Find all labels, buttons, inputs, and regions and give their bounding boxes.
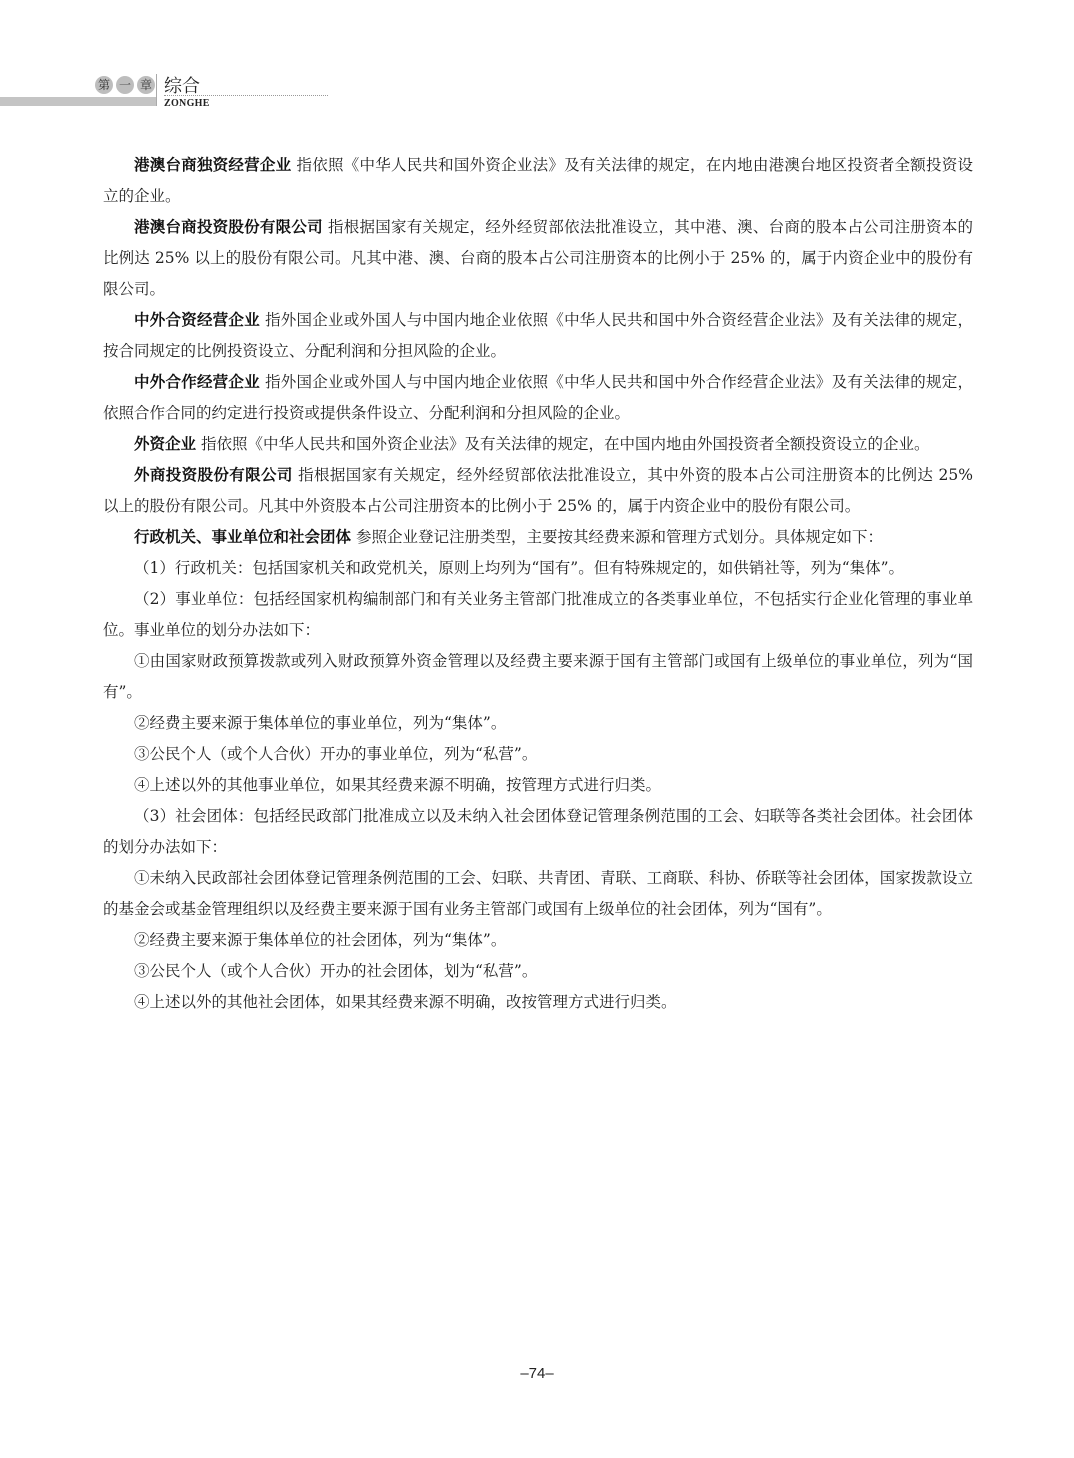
paragraph-text: ②经费主要来源于集体单位的事业单位，列为“集体”。 <box>134 714 506 732</box>
paragraph-text: ④上述以外的其他事业单位，如果其经费来源不明确，按管理方式进行归类。 <box>134 776 661 794</box>
definition-paragraph: 中外合资经营企业 指外国企业或外国人与中国内地企业依照《中华人民共和国中外合资经… <box>103 305 973 367</box>
paragraph-text: ②经费主要来源于集体单位的社会团体，列为“集体”。 <box>134 931 506 949</box>
definition-paragraph: 港澳台商独资经营企业 指依照《中华人民共和国外资企业法》及有关法律的规定，在内地… <box>103 150 973 212</box>
definition-paragraph: 行政机关、事业单位和社会团体 参照企业登记注册类型，主要按其经费来源和管理方式划… <box>103 522 973 553</box>
definition: 参照企业登记注册类型，主要按其经费来源和管理方式划分。具体规定如下： <box>351 528 883 546</box>
list-paragraph: ②经费主要来源于集体单位的社会团体，列为“集体”。 <box>103 925 973 956</box>
term: 外资企业 <box>134 435 196 453</box>
chapter-header: 第 一 章 综合 ZONGHE <box>0 70 1074 110</box>
chapter-label: 第 一 章 <box>95 76 155 94</box>
body-text: 港澳台商独资经营企业 指依照《中华人民共和国外资企业法》及有关法律的规定，在内地… <box>103 150 973 1018</box>
list-paragraph: （2）事业单位：包括经国家机构编制部门和有关业务主管部门批准成立的各类事业单位，… <box>103 584 973 646</box>
page-number: –74– <box>0 1365 1074 1382</box>
definition-paragraph: 中外合作经营企业 指外国企业或外国人与中国内地企业依照《中华人民共和国中外合作经… <box>103 367 973 429</box>
paragraph-text: ①由国家财政预算拨款或列入财政预算外资金管理以及经费主要来源于国有主管部门或国有… <box>103 652 973 701</box>
definition-paragraph: 外商投资股份有限公司 指根据国家有关规定，经外经贸部依法批准设立，其中外资的股本… <box>103 460 973 522</box>
definition-paragraph: 外资企业 指依照《中华人民共和国外资企业法》及有关法律的规定，在中国内地由外国投… <box>103 429 973 460</box>
list-paragraph: ③公民个人（或个人合伙）开办的社会团体，划为“私营”。 <box>103 956 973 987</box>
term: 外商投资股份有限公司 <box>134 466 293 484</box>
paragraph-text: ④上述以外的其他社会团体，如果其经费来源不明确，改按管理方式进行归类。 <box>134 993 677 1011</box>
list-paragraph: ④上述以外的其他事业单位，如果其经费来源不明确，按管理方式进行归类。 <box>103 770 973 801</box>
chapter-char-badge: 一 <box>116 76 134 94</box>
list-paragraph: ①由国家财政预算拨款或列入财政预算外资金管理以及经费主要来源于国有主管部门或国有… <box>103 646 973 708</box>
list-paragraph: ④上述以外的其他社会团体，如果其经费来源不明确，改按管理方式进行归类。 <box>103 987 973 1018</box>
header-dotted-rule <box>164 95 328 96</box>
term: 中外合资经营企业 <box>134 311 260 329</box>
chapter-title-en: ZONGHE <box>164 98 210 109</box>
list-paragraph: （1）行政机关：包括国家机关和政党机关，原则上均列为“国有”。但有特殊规定的，如… <box>103 553 973 584</box>
list-paragraph: （3）社会团体：包括经民政部门批准成立以及未纳入社会团体登记管理条例范围的工会、… <box>103 801 973 863</box>
list-paragraph: ②经费主要来源于集体单位的事业单位，列为“集体”。 <box>103 708 973 739</box>
header-gray-bar <box>0 97 157 106</box>
term: 港澳台商投资股份有限公司 <box>134 218 323 236</box>
chapter-char-badge: 第 <box>95 76 113 94</box>
paragraph-text: （1）行政机关：包括国家机关和政党机关，原则上均列为“国有”。但有特殊规定的，如… <box>134 559 904 577</box>
definition-paragraph: 港澳台商投资股份有限公司 指根据国家有关规定，经外经贸部依法批准设立，其中港、澳… <box>103 212 973 305</box>
term: 行政机关、事业单位和社会团体 <box>134 528 351 546</box>
paragraph-text: ①未纳入民政部社会团体登记管理条例范围的工会、妇联、共青团、青联、工商联、科协、… <box>103 869 973 918</box>
term: 中外合作经营企业 <box>134 373 260 391</box>
paragraph-text: ③公民个人（或个人合伙）开办的社会团体，划为“私营”。 <box>134 962 537 980</box>
paragraph-text: （2）事业单位：包括经国家机构编制部门和有关业务主管部门批准成立的各类事业单位，… <box>103 590 973 639</box>
paragraph-text: （3）社会团体：包括经民政部门批准成立以及未纳入社会团体登记管理条例范围的工会、… <box>103 807 973 856</box>
term: 港澳台商独资经营企业 <box>134 156 291 174</box>
list-paragraph: ③公民个人（或个人合伙）开办的事业单位，列为“私营”。 <box>103 739 973 770</box>
chapter-char-badge: 章 <box>137 76 155 94</box>
definition: 指依照《中华人民共和国外资企业法》及有关法律的规定，在中国内地由外国投资者全额投… <box>196 435 929 453</box>
list-paragraph: ①未纳入民政部社会团体登记管理条例范围的工会、妇联、共青团、青联、工商联、科协、… <box>103 863 973 925</box>
paragraph-text: ③公民个人（或个人合伙）开办的事业单位，列为“私营”。 <box>134 745 537 763</box>
header-divider <box>156 74 157 106</box>
